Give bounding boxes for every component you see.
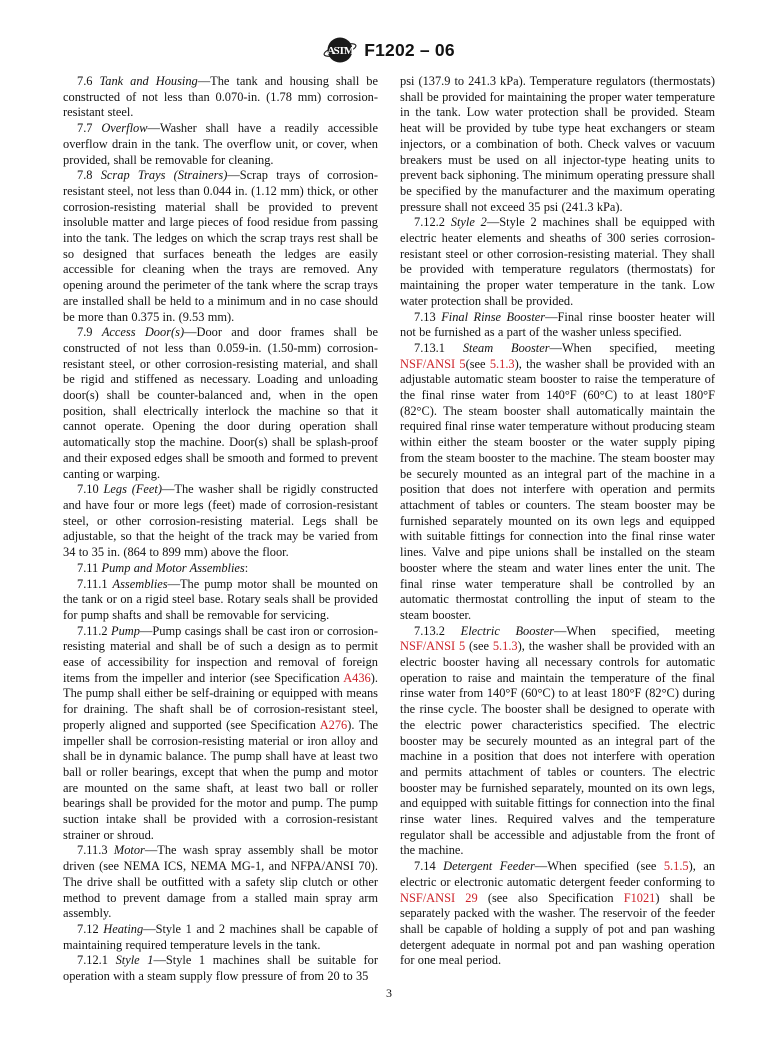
body-text: 7.13 — [414, 310, 441, 324]
document-header: ASTM F1202 – 06 — [0, 34, 778, 66]
body-text: 7.6 — [77, 74, 100, 88]
paragraph: 7.11.3 Motor—The wash spray assembly sha… — [63, 843, 378, 922]
section-title: Heating — [103, 922, 143, 936]
paragraph: 7.6 Tank and Housing—The tank and housin… — [63, 74, 378, 121]
document-body: 7.6 Tank and Housing—The tank and housin… — [63, 74, 715, 985]
reference-link[interactable]: NSF/ANSI 29 — [400, 891, 478, 905]
paragraph: 7.13.1 Steam Booster—When specified, mee… — [400, 341, 715, 624]
body-text: psi (137.9 to 241.3 kPa). Temperature re… — [400, 74, 715, 214]
section-title: Overflow — [101, 121, 147, 135]
page-footer: 3 — [0, 986, 778, 1001]
left-column: 7.6 Tank and Housing—The tank and housin… — [63, 74, 378, 985]
body-text: (see — [466, 357, 490, 371]
paragraph: 7.11 Pump and Motor Assemblies: — [63, 561, 378, 577]
reference-link[interactable]: A436 — [343, 671, 371, 685]
section-title: Motor — [114, 843, 145, 857]
reference-link[interactable]: 5.1.5 — [664, 859, 689, 873]
paragraph: 7.12.2 Style 2—Style 2 machines shall be… — [400, 215, 715, 309]
paragraph: 7.11.2 Pump—Pump casings shall be cast i… — [63, 624, 378, 844]
body-text: 7.11.1 — [77, 577, 113, 591]
body-text: (see also Specification — [478, 891, 624, 905]
paragraph: 7.8 Scrap Trays (Strainers)—Scrap trays … — [63, 168, 378, 325]
paragraph: psi (137.9 to 241.3 kPa). Temperature re… — [400, 74, 715, 215]
body-text: 7.11.2 — [77, 624, 111, 638]
body-text: 7.14 — [414, 859, 443, 873]
reference-link[interactable]: NSF/ANSI 5 — [400, 639, 465, 653]
paragraph: 7.12 Heating—Style 1 and 2 machines shal… — [63, 922, 378, 953]
section-title: Final Rinse Booster — [441, 310, 545, 324]
section-title: Style 1 — [116, 953, 154, 967]
body-text: 7.12.1 — [77, 953, 116, 967]
document-page: ASTM F1202 – 06 7.6 Tank and Housing—The… — [0, 0, 778, 1041]
reference-link[interactable]: NSF/ANSI 5 — [400, 357, 466, 371]
body-text: —When specified (see — [535, 859, 664, 873]
body-text: —Door and door frames shall be construct… — [63, 325, 378, 480]
document-code: F1202 – 06 — [364, 40, 455, 61]
section-title: Pump — [111, 624, 140, 638]
body-text: 7.11.3 — [77, 843, 114, 857]
body-text: —When specified, meeting — [554, 624, 715, 638]
body-text: 7.12 — [77, 922, 103, 936]
body-text: 7.10 — [77, 482, 104, 496]
paragraph: 7.9 Access Door(s)—Door and door frames … — [63, 325, 378, 482]
reference-link[interactable]: F1021 — [624, 891, 656, 905]
reference-link[interactable]: 5.1.3 — [490, 357, 515, 371]
body-text: (see — [465, 639, 493, 653]
paragraph: 7.13.2 Electric Booster—When specified, … — [400, 624, 715, 860]
body-text: ), the washer shall be provided with an … — [400, 639, 715, 857]
section-title: Assemblies — [113, 577, 168, 591]
section-title: Steam Booster — [463, 341, 550, 355]
paragraph: 7.14 Detergent Feeder—When specified (se… — [400, 859, 715, 969]
body-text: —When specified, meeting — [550, 341, 715, 355]
body-text: 7.8 — [77, 168, 101, 182]
body-text: ). The impeller shall be corrosion-resis… — [63, 718, 378, 842]
body-text: 7.7 — [77, 121, 101, 135]
section-title: Access Door(s) — [102, 325, 184, 339]
body-text: 7.9 — [77, 325, 102, 339]
section-title: Style 2 — [451, 215, 487, 229]
paragraph: 7.7 Overflow—Washer shall have a readily… — [63, 121, 378, 168]
body-text: —Scrap trays of corrosion-resistant stee… — [63, 168, 378, 323]
body-text: 7.13.1 — [414, 341, 463, 355]
body-text: 7.12.2 — [414, 215, 451, 229]
section-title: Tank and Housing — [100, 74, 198, 88]
section-title: Scrap Trays (Strainers) — [101, 168, 228, 182]
reference-link[interactable]: A276 — [320, 718, 348, 732]
body-text: ), the washer shall be provided with an … — [400, 357, 715, 622]
right-column: psi (137.9 to 241.3 kPa). Temperature re… — [400, 74, 715, 985]
section-title: Electric Booster — [461, 624, 554, 638]
paragraph: 7.12.1 Style 1—Style 1 machines shall be… — [63, 953, 378, 984]
section-title: Pump and Motor Assemblies — [102, 561, 245, 575]
page-number: 3 — [386, 986, 392, 1000]
body-text: 7.11 — [77, 561, 102, 575]
body-text: 7.13.2 — [414, 624, 461, 638]
body-text: : — [245, 561, 248, 575]
section-title: Legs (Feet) — [104, 482, 162, 496]
paragraph: 7.10 Legs (Feet)—The washer shall be rig… — [63, 482, 378, 561]
astm-logo: ASTM — [323, 34, 357, 66]
paragraph: 7.13 Final Rinse Booster—Final rinse boo… — [400, 310, 715, 341]
svg-text:ASTM: ASTM — [327, 45, 355, 57]
reference-link[interactable]: 5.1.3 — [493, 639, 518, 653]
paragraph: 7.11.1 Assemblies—The pump motor shall b… — [63, 577, 378, 624]
section-title: Detergent Feeder — [443, 859, 535, 873]
